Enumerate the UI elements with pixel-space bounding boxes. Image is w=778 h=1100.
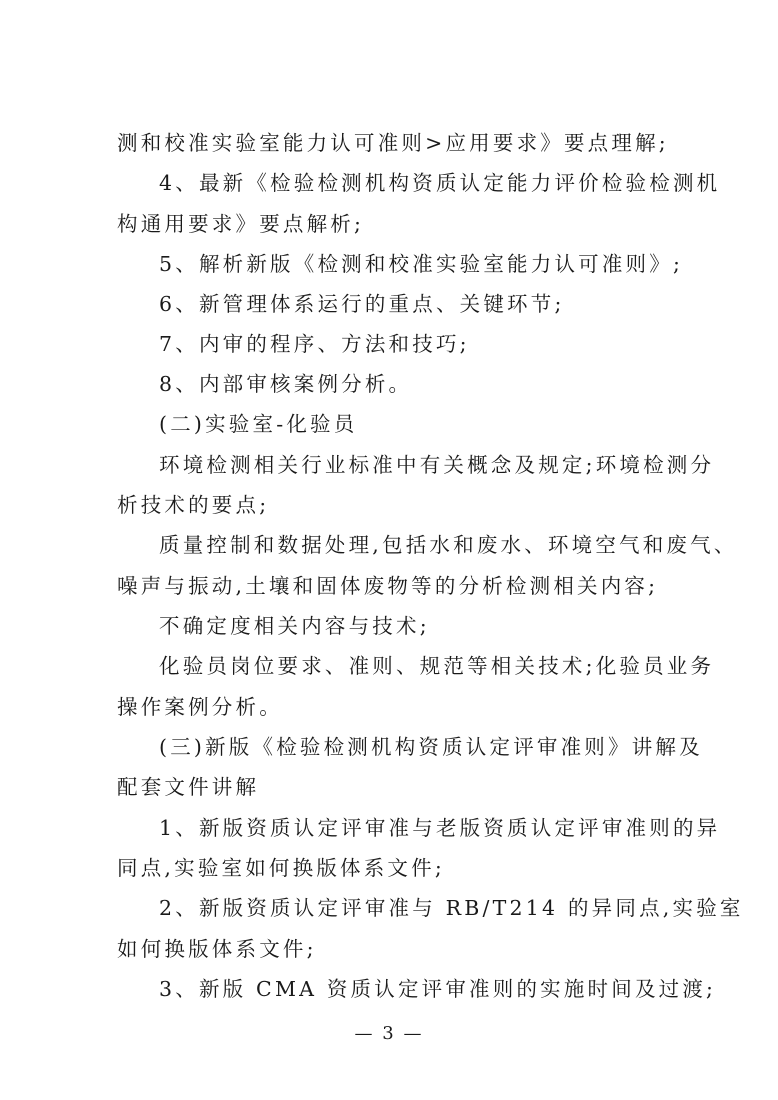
text-line: 如何换版体系文件;: [117, 935, 317, 963]
text-line: 化验员岗位要求、准则、规范等相关技术;化验员业务: [159, 652, 714, 680]
text-line: 析技术的要点;: [117, 491, 269, 519]
text-line: 配套文件讲解: [117, 773, 259, 801]
text-line: 质量控制和数据处理,包括水和废水、环境空气和废气、: [159, 531, 738, 559]
text-line: 7、内审的程序、方法和技巧;: [159, 330, 470, 358]
text-line: 测和校准实验室能力认可准则>应用要求》要点理解;: [117, 129, 669, 157]
text-line: 4、最新《检验检测机构资质认定能力评价检验检测机: [159, 169, 720, 197]
text-line: 6、新管理体系运行的重点、关键环节;: [159, 290, 565, 318]
text-line: 3、新版 CMA 资质认定评审准则的实施时间及过渡;: [159, 975, 716, 1003]
text-line: 2、新版资质认定评审准与 RB/T214 的异同点,实验室: [159, 894, 744, 922]
text-line: 8、内部审核案例分析。: [159, 370, 412, 398]
text-line: (二)实验室-化验员: [159, 410, 357, 438]
text-line: 噪声与振动,土壤和固体废物等的分析检测相关内容;: [117, 572, 658, 600]
page-number: — 3 —: [0, 1022, 778, 1046]
text-line: 1、新版资质认定评审准与老版资质认定评审准则的异: [159, 814, 720, 842]
text-line: (三)新版《检验检测机构资质认定评审准则》讲解及: [159, 733, 703, 761]
text-line: 环境检测相关行业标准中有关概念及规定;环境检测分: [159, 451, 714, 479]
text-line: 5、解析新版《检测和校准实验室能力认可准则》;: [159, 250, 683, 278]
text-line: 同点,实验室如何换版体系文件;: [117, 854, 445, 882]
text-line: 构通用要求》要点解析;: [117, 210, 364, 238]
text-line: 不确定度相关内容与技术;: [159, 612, 430, 640]
text-line: 操作案例分析。: [117, 693, 283, 721]
